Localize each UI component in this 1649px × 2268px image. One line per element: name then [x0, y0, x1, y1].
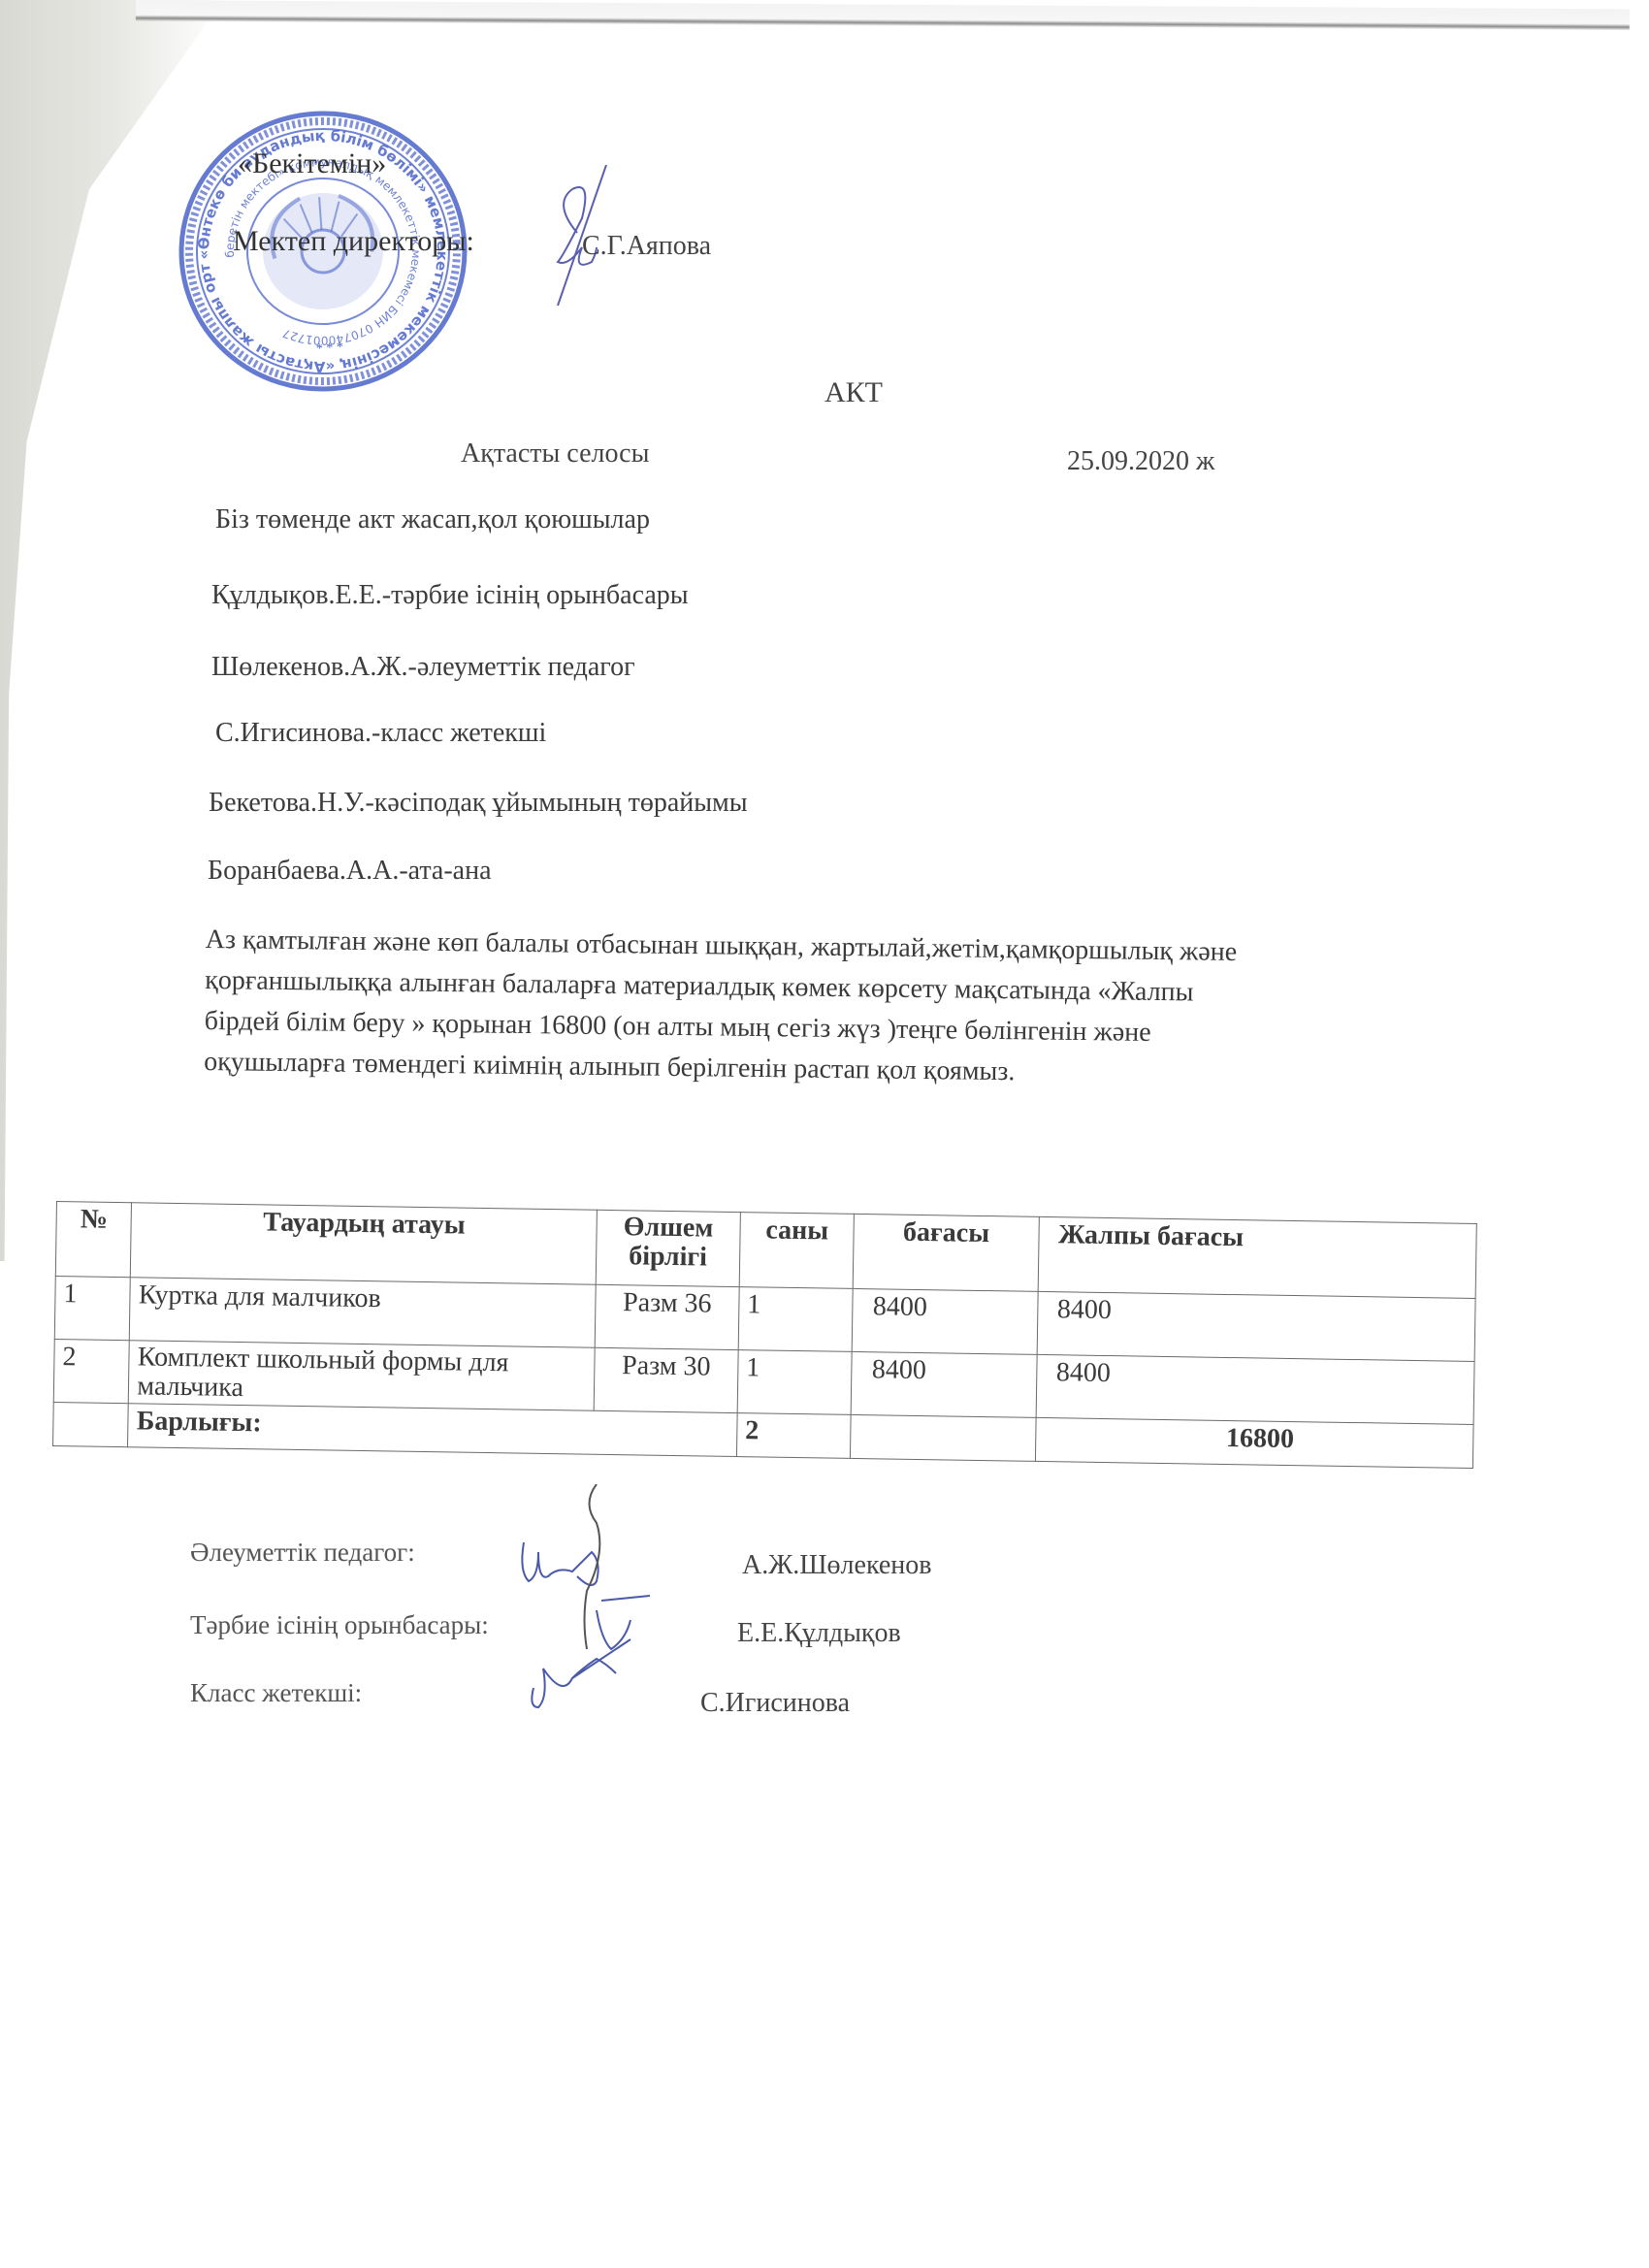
header-price: бағасы: [854, 1214, 1039, 1291]
signature-name: А.Ж.Шөлекенов: [742, 1550, 932, 1581]
director-label: Мектеп директоры:: [233, 225, 474, 258]
cell-no: 1: [54, 1276, 130, 1340]
committee-member: Шөлекенов.А.Ж.-әлеуметтік педагог: [211, 652, 635, 683]
cell-qty: 1: [738, 1287, 854, 1352]
total-label: Барлығы:: [128, 1404, 737, 1457]
document-place: Ақтасты селосы: [461, 438, 649, 470]
act-paragraph: Аз қамтылған және көп балалы отбасынан ш…: [204, 920, 1496, 1098]
committee-member: Боранбаева.А.А.-ата-ана: [208, 856, 492, 887]
handwritten-signature-icon: [504, 1484, 650, 1717]
svg-text:* * *: * * *: [316, 340, 344, 357]
cell-price: 8400: [853, 1288, 1038, 1354]
committee-member: С.Игисинова.-класс жетекші: [215, 718, 546, 749]
document-date: 25.09.2020 ж: [1067, 446, 1214, 477]
cell-name: Комплект школьный формы для мальчика: [129, 1341, 596, 1411]
signature-name: С.Игисинова: [700, 1688, 850, 1719]
header-unit-line2: бірлігі: [629, 1241, 707, 1272]
cell-total: 8400: [1036, 1354, 1474, 1424]
cell-qty: 1: [737, 1350, 853, 1415]
items-table: № Тауардың атауы Өлшембірлігі саны бағас…: [52, 1201, 1477, 1469]
header-no: №: [55, 1202, 132, 1278]
header-unit: Өлшембірлігі: [596, 1210, 740, 1286]
approval-label: «Бекітемін»: [238, 147, 386, 180]
signature-role: Тәрбие ісінің орынбасары:: [190, 1610, 489, 1640]
committee-member: Бекетова.Н.У.-кәсіподақ ұйымының төрайым…: [209, 788, 748, 819]
cell-no: 2: [53, 1339, 129, 1403]
signature-role: Класс жетекші:: [190, 1678, 362, 1708]
grand-total: 16800: [1035, 1417, 1473, 1468]
cell-unit: Разм 36: [595, 1284, 739, 1349]
cell-empty: [53, 1402, 129, 1446]
director-name: С.Г.Аяпова: [582, 231, 711, 262]
cell-name: Куртка для малчиков: [130, 1278, 597, 1348]
header-qty: саны: [739, 1213, 855, 1289]
header-total: Жалпы бағасы: [1038, 1216, 1477, 1298]
total-qty: 2: [736, 1413, 851, 1459]
signature-role: Әлеуметтік педагог:: [190, 1538, 415, 1568]
cell-price: 8400: [852, 1351, 1037, 1417]
signature-name: Е.Е.Құлдықов: [737, 1618, 901, 1649]
header-name: Тауардың атауы: [131, 1203, 598, 1285]
cell-empty: [851, 1414, 1036, 1461]
committee-member: Құлдықов.Е.Е.-тәрбие ісінің орынбасары: [211, 580, 689, 611]
cell-total: 8400: [1037, 1291, 1475, 1361]
scan-paper-edge-top: [136, 0, 1630, 30]
document-title: АКТ: [824, 376, 883, 409]
intro-text: Біз төменде акт жасап,қол қоюшылар: [215, 504, 650, 535]
header-unit-line1: Өлшем: [624, 1212, 714, 1243]
cell-unit: Разм 30: [594, 1347, 738, 1412]
